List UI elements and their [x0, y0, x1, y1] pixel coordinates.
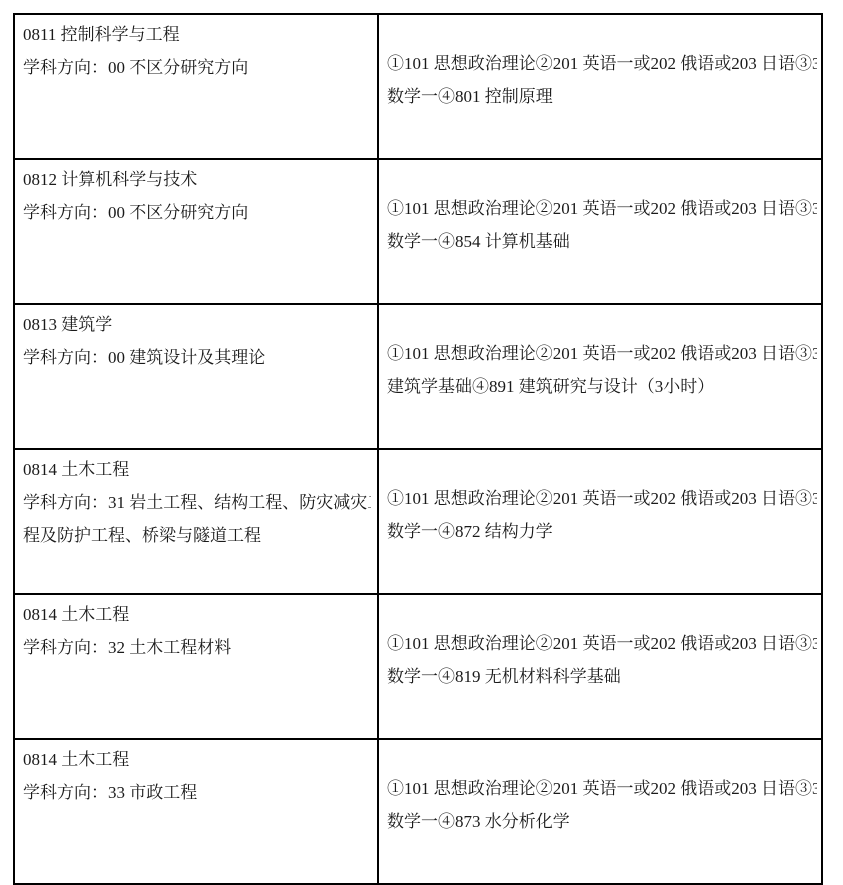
program-title: 0814 土木工程: [23, 598, 371, 631]
exam-subjects-line: 数学一④854 计算机基础: [387, 225, 817, 258]
discipline-direction: 学科方向：31 岩土工程、结构工程、防灾减灾工: [23, 486, 371, 519]
table-row: 0812 计算机科学与技术 学科方向：00 不区分研究方向 ①101 思想政治理…: [14, 159, 822, 304]
program-title: 0813 建筑学: [23, 308, 371, 341]
exam-subjects-line: ①101 思想政治理论②201 英语一或202 俄语或203 日语③301: [387, 482, 817, 515]
program-cell: 0813 建筑学 学科方向：00 建筑设计及其理论: [14, 304, 378, 449]
program-cell: 0814 土木工程 学科方向：32 土木工程材料: [14, 594, 378, 739]
program-cell: 0814 土木工程 学科方向：31 岩土工程、结构工程、防灾减灾工 程及防护工程…: [14, 449, 378, 594]
exam-subjects-line: ①101 思想政治理论②201 英语一或202 俄语或203 日语③301: [387, 627, 817, 660]
discipline-direction-wrap: 程及防护工程、桥梁与隧道工程: [23, 519, 371, 552]
program-title: 0811 控制科学与工程: [23, 18, 371, 51]
program-title: 0812 计算机科学与技术: [23, 163, 371, 196]
exam-subjects-line: 数学一④872 结构力学: [387, 515, 817, 548]
exam-subjects-line: ①101 思想政治理论②201 英语一或202 俄语或203 日语③355: [387, 337, 817, 370]
program-cell: 0812 计算机科学与技术 学科方向：00 不区分研究方向: [14, 159, 378, 304]
exam-subjects-line: 建筑学基础④891 建筑研究与设计（3小时）: [387, 370, 817, 403]
program-title: 0814 土木工程: [23, 453, 371, 486]
program-cell: 0811 控制科学与工程 学科方向：00 不区分研究方向: [14, 14, 378, 159]
subjects-cell: ①101 思想政治理论②201 英语一或202 俄语或203 日语③355 建筑…: [378, 304, 822, 449]
discipline-direction: 学科方向：00 不区分研究方向: [23, 196, 371, 229]
exam-subjects-line: 数学一④801 控制原理: [387, 80, 817, 113]
exam-subjects-line: 数学一④873 水分析化学: [387, 805, 817, 838]
table-row: 0814 土木工程 学科方向：31 岩土工程、结构工程、防灾减灾工 程及防护工程…: [14, 449, 822, 594]
table-row: 0813 建筑学 学科方向：00 建筑设计及其理论 ①101 思想政治理论②20…: [14, 304, 822, 449]
discipline-direction: 学科方向：33 市政工程: [23, 776, 371, 809]
table-row: 0811 控制科学与工程 学科方向：00 不区分研究方向 ①101 思想政治理论…: [14, 14, 822, 159]
exam-subjects-line: ①101 思想政治理论②201 英语一或202 俄语或203 日语③301: [387, 192, 817, 225]
discipline-direction: 学科方向：32 土木工程材料: [23, 631, 371, 664]
subjects-cell: ①101 思想政治理论②201 英语一或202 俄语或203 日语③301 数学…: [378, 739, 822, 884]
table-row: 0814 土木工程 学科方向：32 土木工程材料 ①101 思想政治理论②201…: [14, 594, 822, 739]
subjects-cell: ①101 思想政治理论②201 英语一或202 俄语或203 日语③301 数学…: [378, 159, 822, 304]
discipline-direction: 学科方向：00 建筑设计及其理论: [23, 341, 371, 374]
subjects-cell: ①101 思想政治理论②201 英语一或202 俄语或203 日语③301 数学…: [378, 14, 822, 159]
subjects-cell: ①101 思想政治理论②201 英语一或202 俄语或203 日语③301 数学…: [378, 594, 822, 739]
subjects-cell: ①101 思想政治理论②201 英语一或202 俄语或203 日语③301 数学…: [378, 449, 822, 594]
exam-subjects-line: ①101 思想政治理论②201 英语一或202 俄语或203 日语③301: [387, 47, 817, 80]
program-cell: 0814 土木工程 学科方向：33 市政工程: [14, 739, 378, 884]
program-title: 0814 土木工程: [23, 743, 371, 776]
exam-subjects-line: ①101 思想政治理论②201 英语一或202 俄语或203 日语③301: [387, 772, 817, 805]
exam-subjects-line: 数学一④819 无机材料科学基础: [387, 660, 817, 693]
exam-subjects-table: 0811 控制科学与工程 学科方向：00 不区分研究方向 ①101 思想政治理论…: [13, 13, 823, 885]
table-row: 0814 土木工程 学科方向：33 市政工程 ①101 思想政治理论②201 英…: [14, 739, 822, 884]
discipline-direction: 学科方向：00 不区分研究方向: [23, 51, 371, 84]
